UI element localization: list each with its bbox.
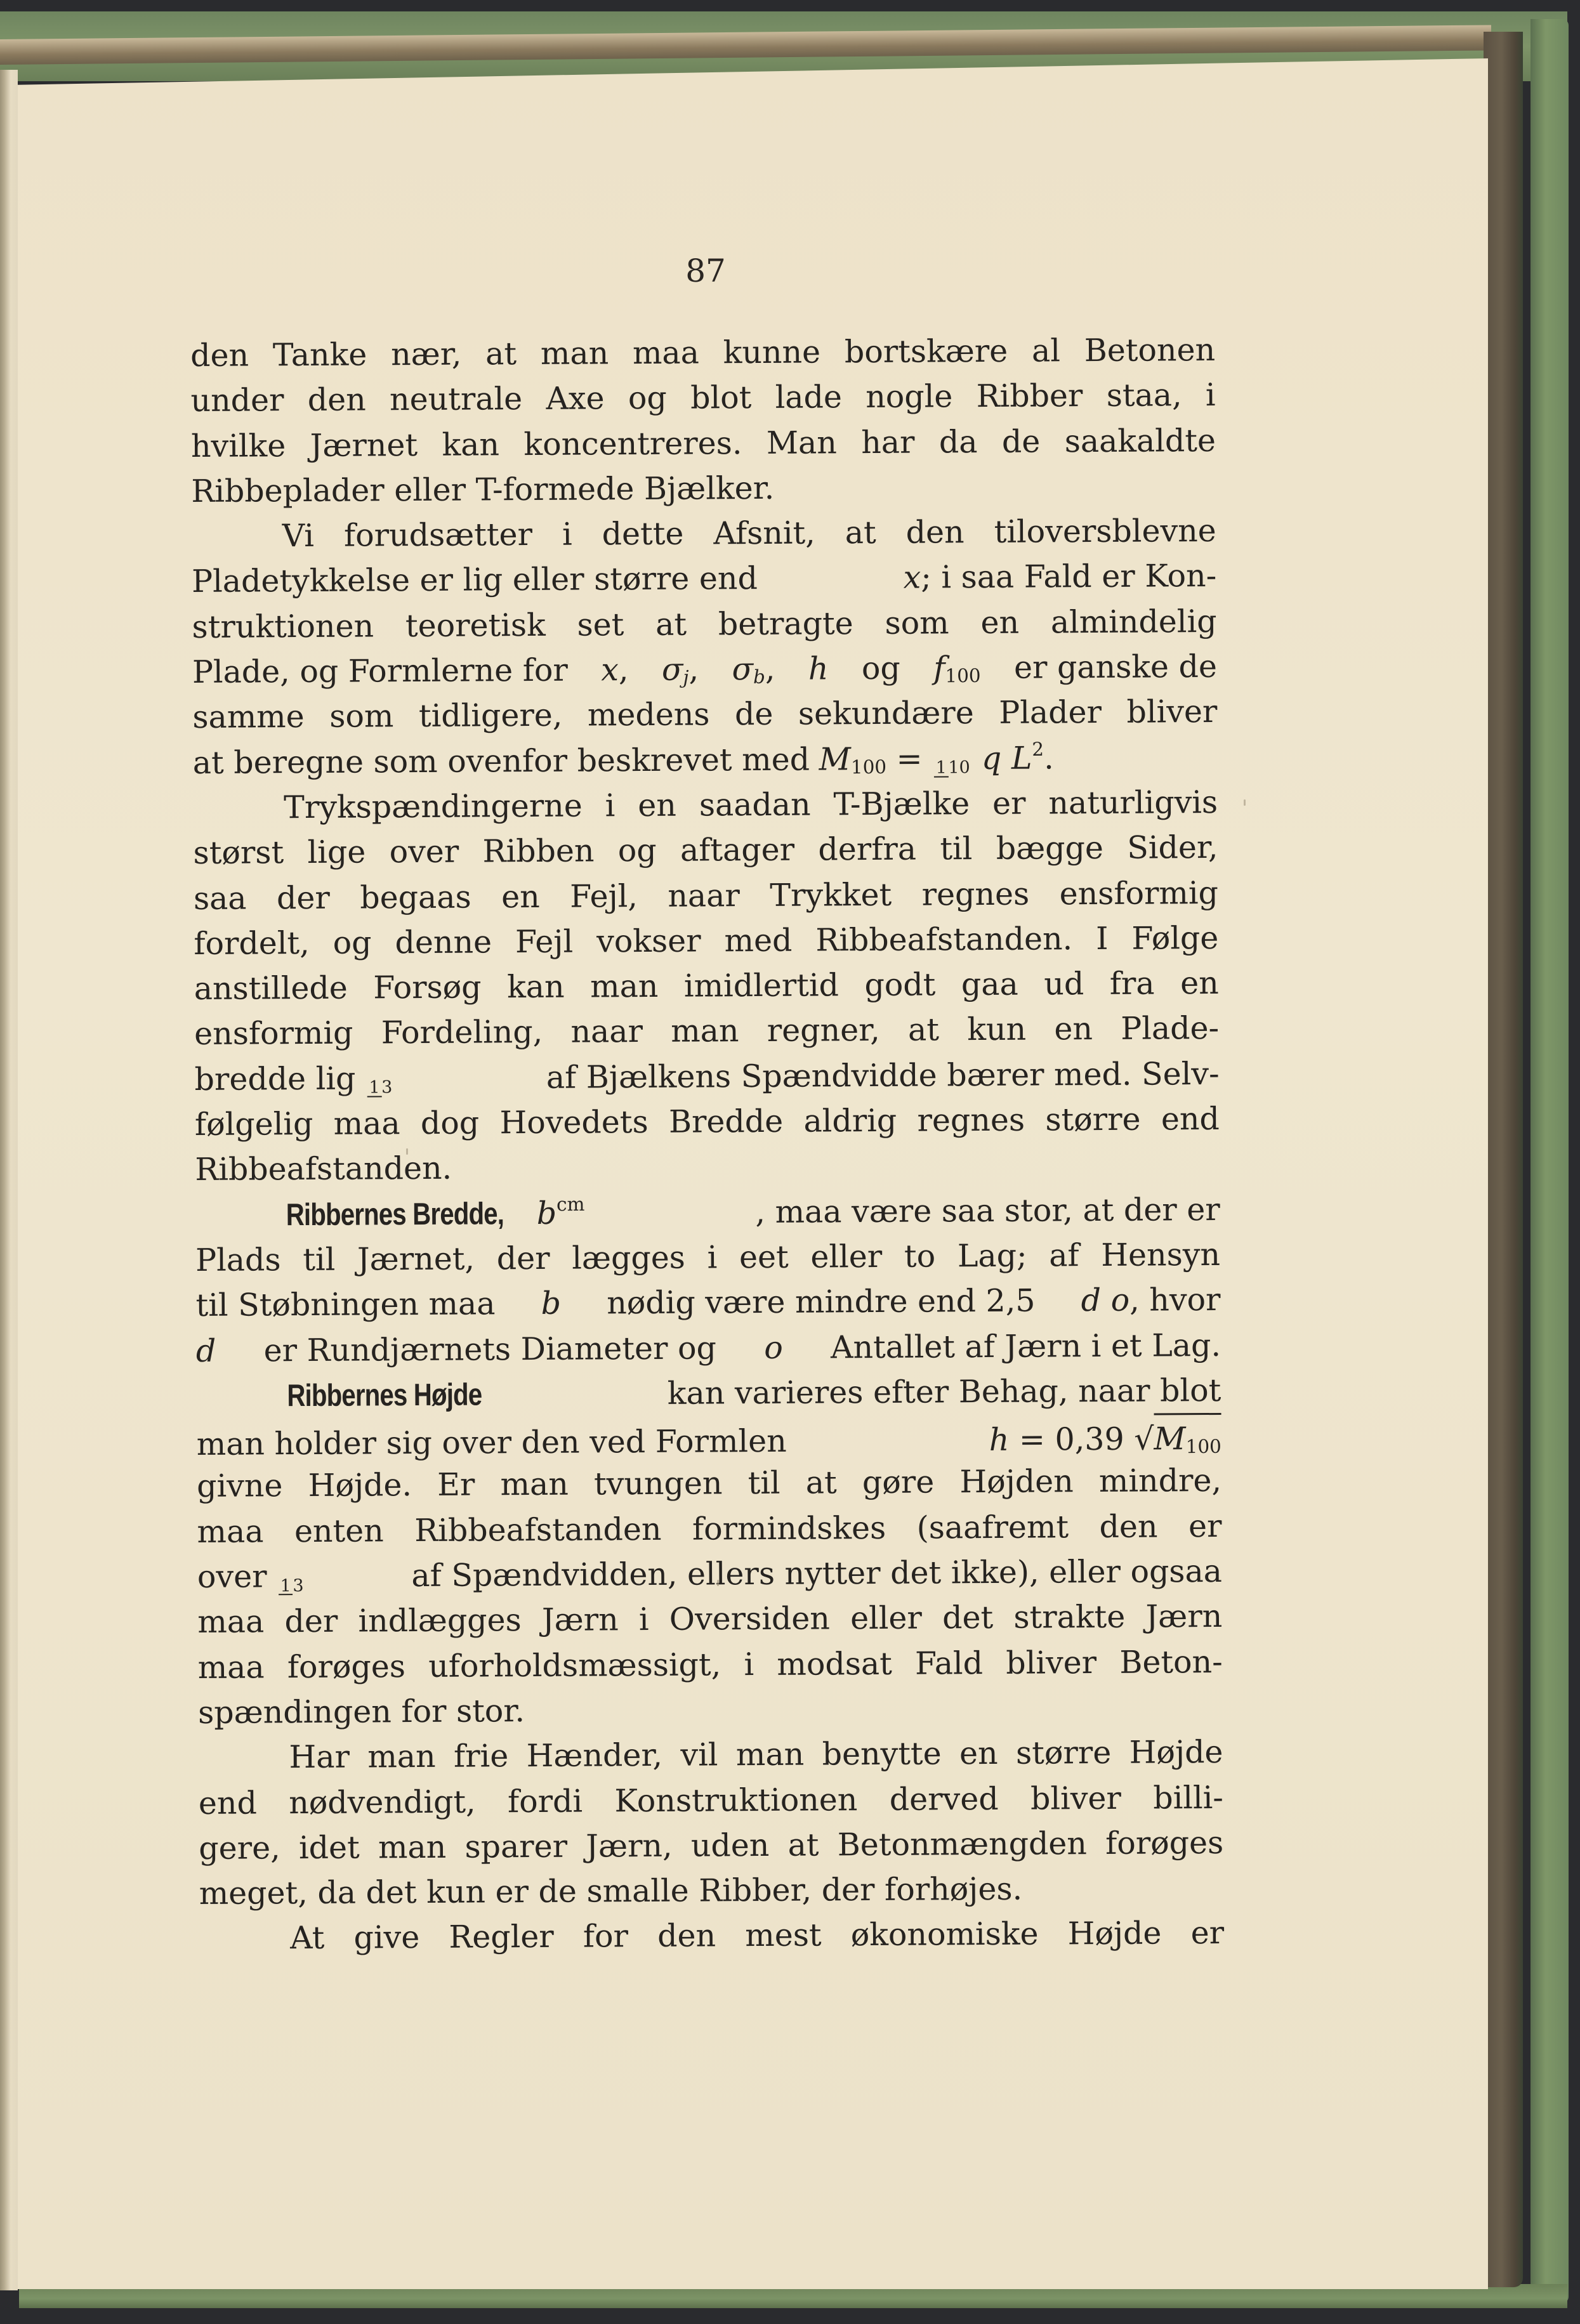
text-line: Pladetykkelse er lig eller større end x;… [192, 553, 1216, 604]
word: nær, [391, 332, 462, 377]
word: Trykket [770, 872, 892, 917]
text-line: meget, da det kun er de smalle Ribber, d… [199, 1865, 1224, 1916]
word: maa [197, 1599, 264, 1645]
word: Forsøg [373, 965, 482, 1011]
word: Sider, [1127, 825, 1218, 870]
text-line: denTankenær,atmanmaakunnebortskærealBeto… [190, 327, 1215, 378]
word: har [861, 419, 915, 465]
word: fordi [508, 1778, 583, 1824]
word: i [562, 512, 572, 557]
word: eet [739, 1235, 789, 1280]
word: modsat [777, 1641, 892, 1686]
word: af [1049, 1233, 1079, 1278]
word: Tanke [273, 332, 367, 377]
word: at [806, 1461, 837, 1506]
word: er [1188, 1504, 1222, 1549]
word: følgelig [195, 1101, 313, 1147]
text-line: over 13 af Spændvidden, ellers nytter de… [197, 1549, 1222, 1599]
text-line: d er Rundjærnets Diameter og o Antallet … [196, 1322, 1221, 1373]
section-heading: Ribbernes Højde [287, 1372, 482, 1419]
text-line: fordelt,ogdenneFejlvoksermedRibbeafstand… [194, 916, 1218, 966]
word: eller [850, 1596, 922, 1641]
text-line: man holder sig over den ved Formlen h = … [197, 1413, 1221, 1464]
text-line: maaderindlæggesJærniOversidenellerdetstr… [197, 1594, 1222, 1645]
text-line: Ribbeafstanden. [195, 1141, 1220, 1192]
word: at [485, 331, 517, 377]
word: saakaldte [1065, 418, 1216, 464]
word: saadan [699, 782, 811, 828]
paragraph-start: Ribbernes Højde kan varieres efter Behag… [196, 1368, 1221, 1419]
word: Er [437, 1462, 475, 1508]
word: mest [745, 1913, 822, 1959]
word: forøges [287, 1644, 405, 1690]
word: Jærn, [586, 1823, 673, 1869]
word: kan [507, 964, 565, 1010]
word: at [845, 510, 876, 556]
word: hvilke [191, 423, 286, 469]
word: en [638, 783, 676, 829]
text-line: saaderbegaasenFejl,naarTrykketregnesensf… [194, 870, 1218, 921]
word: man [378, 1825, 447, 1870]
word: dette [602, 511, 684, 557]
word: til [303, 1237, 335, 1283]
word: i [707, 1235, 717, 1280]
word: Vi [282, 513, 315, 559]
word: med [724, 918, 792, 964]
paragraph-start: Ribbernes Bredde, bcm , maa være saa sto… [195, 1187, 1220, 1238]
word: lade [775, 375, 842, 421]
word: Højden [959, 1459, 1074, 1505]
word: i [744, 1642, 754, 1687]
word: den [190, 332, 249, 378]
word: bliver [1126, 689, 1217, 735]
text-line: maaforøgesuforholdsmæssigt,imodsatFaldbl… [198, 1639, 1223, 1690]
word: Fejl [515, 919, 574, 965]
word: aftager [680, 827, 794, 873]
word: at [908, 1008, 939, 1053]
word: er [992, 781, 1026, 827]
section-heading: Ribbernes Bredde, [286, 1192, 504, 1238]
text-line: bredde lig 13 af Bjælkens Spændvidde bær… [194, 1051, 1219, 1102]
word: lægges [572, 1235, 685, 1281]
word: frie [454, 1733, 509, 1779]
word: Hovedets [499, 1100, 648, 1146]
text-line: at beregne som ovenfor beskrevet med M10… [193, 735, 1218, 785]
word: og [333, 920, 372, 966]
word: dog [421, 1101, 480, 1146]
word: kan [442, 422, 499, 468]
word: maa [633, 331, 699, 376]
word: som [329, 694, 394, 740]
text-line: struktionenteoretisksetatbetragtesomenal… [192, 599, 1216, 650]
word: Plade- [1121, 1006, 1219, 1051]
formula-h: h = 0,39 √M100 [989, 1413, 1221, 1462]
word: end [1161, 1096, 1220, 1142]
word: to [904, 1233, 936, 1279]
word: man [736, 1732, 805, 1778]
paper-speck [717, 1580, 719, 1586]
word: da [939, 419, 978, 465]
word: man [590, 964, 659, 1009]
word: større [1016, 1730, 1112, 1776]
text-line: ensformigFordeling,naarmanregner,atkunen… [194, 1006, 1219, 1056]
word: Følge [1131, 916, 1218, 961]
word: man [500, 1462, 569, 1507]
word: Har [289, 1735, 350, 1780]
word: regnes [921, 871, 1029, 917]
word: for [583, 1914, 628, 1960]
word: set [577, 602, 624, 648]
word: end [199, 1780, 257, 1826]
text-line: endnødvendigt,fordiKonstruktionendervedb… [199, 1775, 1223, 1825]
word: man [367, 1734, 436, 1780]
word: Oversiden [669, 1596, 830, 1643]
word: Hensyn [1101, 1232, 1220, 1278]
text-line: givneHøjde.ErmantvungentilatgøreHøjdenmi… [197, 1458, 1221, 1509]
word: lige [307, 830, 365, 876]
word: det [942, 1595, 993, 1641]
word: Jærn [542, 1598, 619, 1643]
word: struktionen [192, 603, 374, 650]
word: I [1096, 916, 1109, 961]
word: fra [1110, 961, 1155, 1007]
word: Jærn [1145, 1594, 1222, 1639]
word: Plader [999, 690, 1102, 735]
word: indlægges [358, 1598, 522, 1644]
word: og [618, 828, 657, 874]
text-line: underdenneutraleAxeogblotladenogleRibber… [190, 372, 1215, 423]
word: nogle [866, 374, 953, 420]
word: Højde [1067, 1911, 1161, 1957]
word: den [1099, 1504, 1157, 1549]
word: maa [198, 1645, 265, 1690]
word: samme [192, 694, 305, 740]
word: bliver [1006, 1640, 1096, 1686]
word: bliver [1030, 1775, 1121, 1821]
word: vokser [596, 918, 701, 964]
word: godt [864, 962, 935, 1008]
word: at [655, 601, 687, 647]
word: tidligere, [419, 693, 563, 739]
word: tvungen [594, 1461, 723, 1507]
word: eller [810, 1234, 882, 1280]
page-number: 87 [668, 249, 744, 293]
word: Fordeling, [381, 1009, 543, 1056]
fraction: 13 [367, 1080, 393, 1098]
text-line: maaentenRibbeafstandenformindskes(saafre… [197, 1504, 1221, 1554]
word: naar [570, 1009, 643, 1054]
word: regnes [917, 1098, 1025, 1143]
word: er [1190, 1910, 1224, 1956]
word: Plads [195, 1237, 281, 1283]
word: større [1045, 1097, 1141, 1143]
word: neutrale [390, 376, 523, 422]
word: der [277, 875, 330, 921]
word: i [1206, 372, 1216, 417]
text-line: hvilkeJærnetkankoncentreres.Manhardadesa… [191, 418, 1216, 469]
word: mindre, [1099, 1458, 1221, 1504]
word: Højde [1129, 1730, 1223, 1775]
word: anstillede [194, 966, 348, 1012]
word: formindskes [692, 1506, 886, 1552]
word: vil [680, 1733, 718, 1778]
book-cover-right [1531, 19, 1569, 2303]
paragraph-start: AtgiveReglerfordenmestøkonomiskeHøjdeer [199, 1910, 1224, 1961]
word: den [657, 1914, 716, 1959]
math-variable: f [933, 650, 945, 686]
text-line: Ribbeplader eller T-formede Bjælker. [191, 463, 1216, 514]
word: staa, [1107, 373, 1182, 419]
word: en [1054, 1007, 1093, 1053]
text-line: Plade, og Formlerne for x, σj, σb, h og … [192, 644, 1217, 695]
word: give [353, 1915, 419, 1960]
word: de [1002, 419, 1041, 464]
word: aldrig [803, 1098, 897, 1144]
word: gøre [862, 1460, 935, 1506]
math-variable: x [601, 652, 619, 688]
word: nødvendigt, [289, 1779, 476, 1825]
word: teoretisk [405, 603, 546, 649]
word: koncentreres. [523, 421, 742, 467]
word: (saafremt [916, 1504, 1069, 1551]
word: billi- [1153, 1775, 1223, 1820]
text-line: størstligeoverRibbenogaftagerderfratilbæ… [193, 825, 1218, 876]
word: ud [1044, 961, 1084, 1007]
word: den [308, 377, 366, 423]
word: der [284, 1599, 338, 1645]
word: sparer [464, 1824, 567, 1870]
word: Ribbeafstanden [414, 1507, 662, 1553]
word: Beton- [1119, 1639, 1223, 1685]
word: uforholdsmæssigt, [428, 1642, 721, 1689]
word: begaas [360, 874, 471, 920]
word: Man [767, 420, 837, 466]
word: maa [334, 1101, 400, 1146]
text-line: spændingen for stor. [198, 1684, 1223, 1735]
word: At [290, 1915, 325, 1961]
word: sekundære [798, 690, 974, 737]
word: Jærnet, [357, 1236, 475, 1282]
text-line: til Støbningen maa b nødig være mindre e… [195, 1277, 1220, 1328]
word: som [885, 600, 949, 646]
word: idet [299, 1825, 360, 1870]
page-edges-right [1484, 32, 1523, 2287]
fraction: 110 [934, 760, 970, 778]
word: bortskære [845, 329, 1008, 375]
word: forudsætter [344, 512, 532, 558]
word: den [906, 509, 964, 555]
word: forøges [1105, 1820, 1223, 1866]
word: ensformig [1059, 870, 1218, 917]
word: Betonen [1084, 327, 1216, 373]
word: derved [890, 1776, 999, 1822]
word: man [671, 1009, 739, 1054]
word: strakte [1013, 1594, 1125, 1640]
word: blot [690, 375, 752, 421]
word: de [735, 692, 774, 737]
word: der [497, 1236, 550, 1282]
page-gutter [0, 70, 18, 2290]
word: kun [967, 1007, 1026, 1053]
paper-speck [406, 1148, 408, 1155]
word: Hænder, [527, 1733, 663, 1778]
word: denne [395, 919, 492, 965]
word: maa [197, 1509, 263, 1554]
word: Regler [449, 1914, 554, 1960]
word: økonomiske [851, 1912, 1039, 1958]
word: Højde. [308, 1463, 412, 1509]
word: bægge [996, 825, 1104, 871]
word: al [1032, 328, 1060, 374]
word: størst [193, 830, 284, 876]
word: Afsnit, [713, 511, 815, 556]
word: en [959, 1731, 998, 1776]
paragraph-start: HarmanfrieHænder,vilmanbenytteenstørreHø… [198, 1730, 1223, 1780]
paragraph-start: TrykspændingerneiensaadanT-Bjælkeernatur… [193, 780, 1218, 830]
text-line: følgeligmaadogHovedetsBreddealdrigregnes… [195, 1096, 1220, 1147]
word: derfra [818, 827, 916, 872]
word: Trykspændingerne [284, 784, 583, 830]
word: i [605, 783, 616, 828]
math-variable: h [808, 650, 829, 686]
word: en [501, 874, 540, 920]
word: fordelt, [194, 921, 310, 966]
word: Bredde [669, 1099, 784, 1145]
word: til [940, 826, 972, 872]
word: betragte [718, 601, 853, 647]
word: almindelig [1051, 599, 1217, 645]
fraction: 13 [279, 1578, 304, 1596]
math-variable: σ [732, 651, 753, 687]
word: Ribben [482, 829, 594, 874]
text-line: PladstilJærnet,derlæggesieetellertoLag;a… [195, 1232, 1220, 1283]
word: Konstruktionen [614, 1777, 857, 1823]
text-line: gere,idetmansparerJærn,udenatBetonmængde… [199, 1820, 1223, 1871]
paper-speck [1244, 799, 1246, 806]
word: imidlertid [684, 962, 839, 1009]
word: Fejl, [570, 874, 638, 919]
word: givne [197, 1464, 283, 1509]
formula-m100: M100 = 110 q L2. [819, 735, 1053, 782]
word: en [980, 600, 1019, 645]
word: saa [194, 876, 247, 921]
word: i [639, 1597, 649, 1642]
word: en [1180, 961, 1219, 1006]
word: over [389, 829, 459, 875]
word: man [541, 331, 609, 376]
word: Ribbeafstanden. [815, 916, 1072, 963]
word: og [628, 376, 667, 421]
word: Betonmængden [838, 1821, 1088, 1867]
word: Ribber [976, 373, 1083, 419]
math-variable: σ [662, 652, 683, 688]
math-variable: x [903, 560, 921, 596]
word: enten [294, 1508, 384, 1554]
word: naturligvis [1048, 780, 1218, 826]
word: under [190, 377, 284, 423]
text-line: anstilledeForsøgkanmanimidlertidgodtgaau… [194, 961, 1219, 1011]
word: ensformig [194, 1011, 353, 1057]
body-text: denTankenær,atmanmaakunnebortskærealBeto… [190, 327, 1224, 1962]
word: regner, [767, 1008, 880, 1053]
word: Fald [915, 1641, 983, 1686]
paragraph-start: ViforudsætteridetteAfsnit,atdentiloversb… [192, 508, 1216, 559]
word: til [747, 1461, 780, 1506]
word: T-Bjælke [833, 781, 970, 827]
word: Axe [546, 376, 604, 422]
word: Jærnet [310, 423, 418, 468]
word: Lag; [958, 1233, 1027, 1279]
word: naar [668, 873, 740, 919]
word: benytte [822, 1731, 941, 1777]
word: uden [691, 1823, 770, 1868]
word: gere, [199, 1825, 280, 1871]
word: tiloversblevne [994, 508, 1216, 555]
word: kunne [723, 329, 821, 375]
word: at [787, 1822, 819, 1868]
word: gaa [961, 962, 1018, 1008]
word: medens [588, 692, 710, 738]
text-line: sammesomtidligere,medensdesekundærePlade… [192, 689, 1217, 740]
